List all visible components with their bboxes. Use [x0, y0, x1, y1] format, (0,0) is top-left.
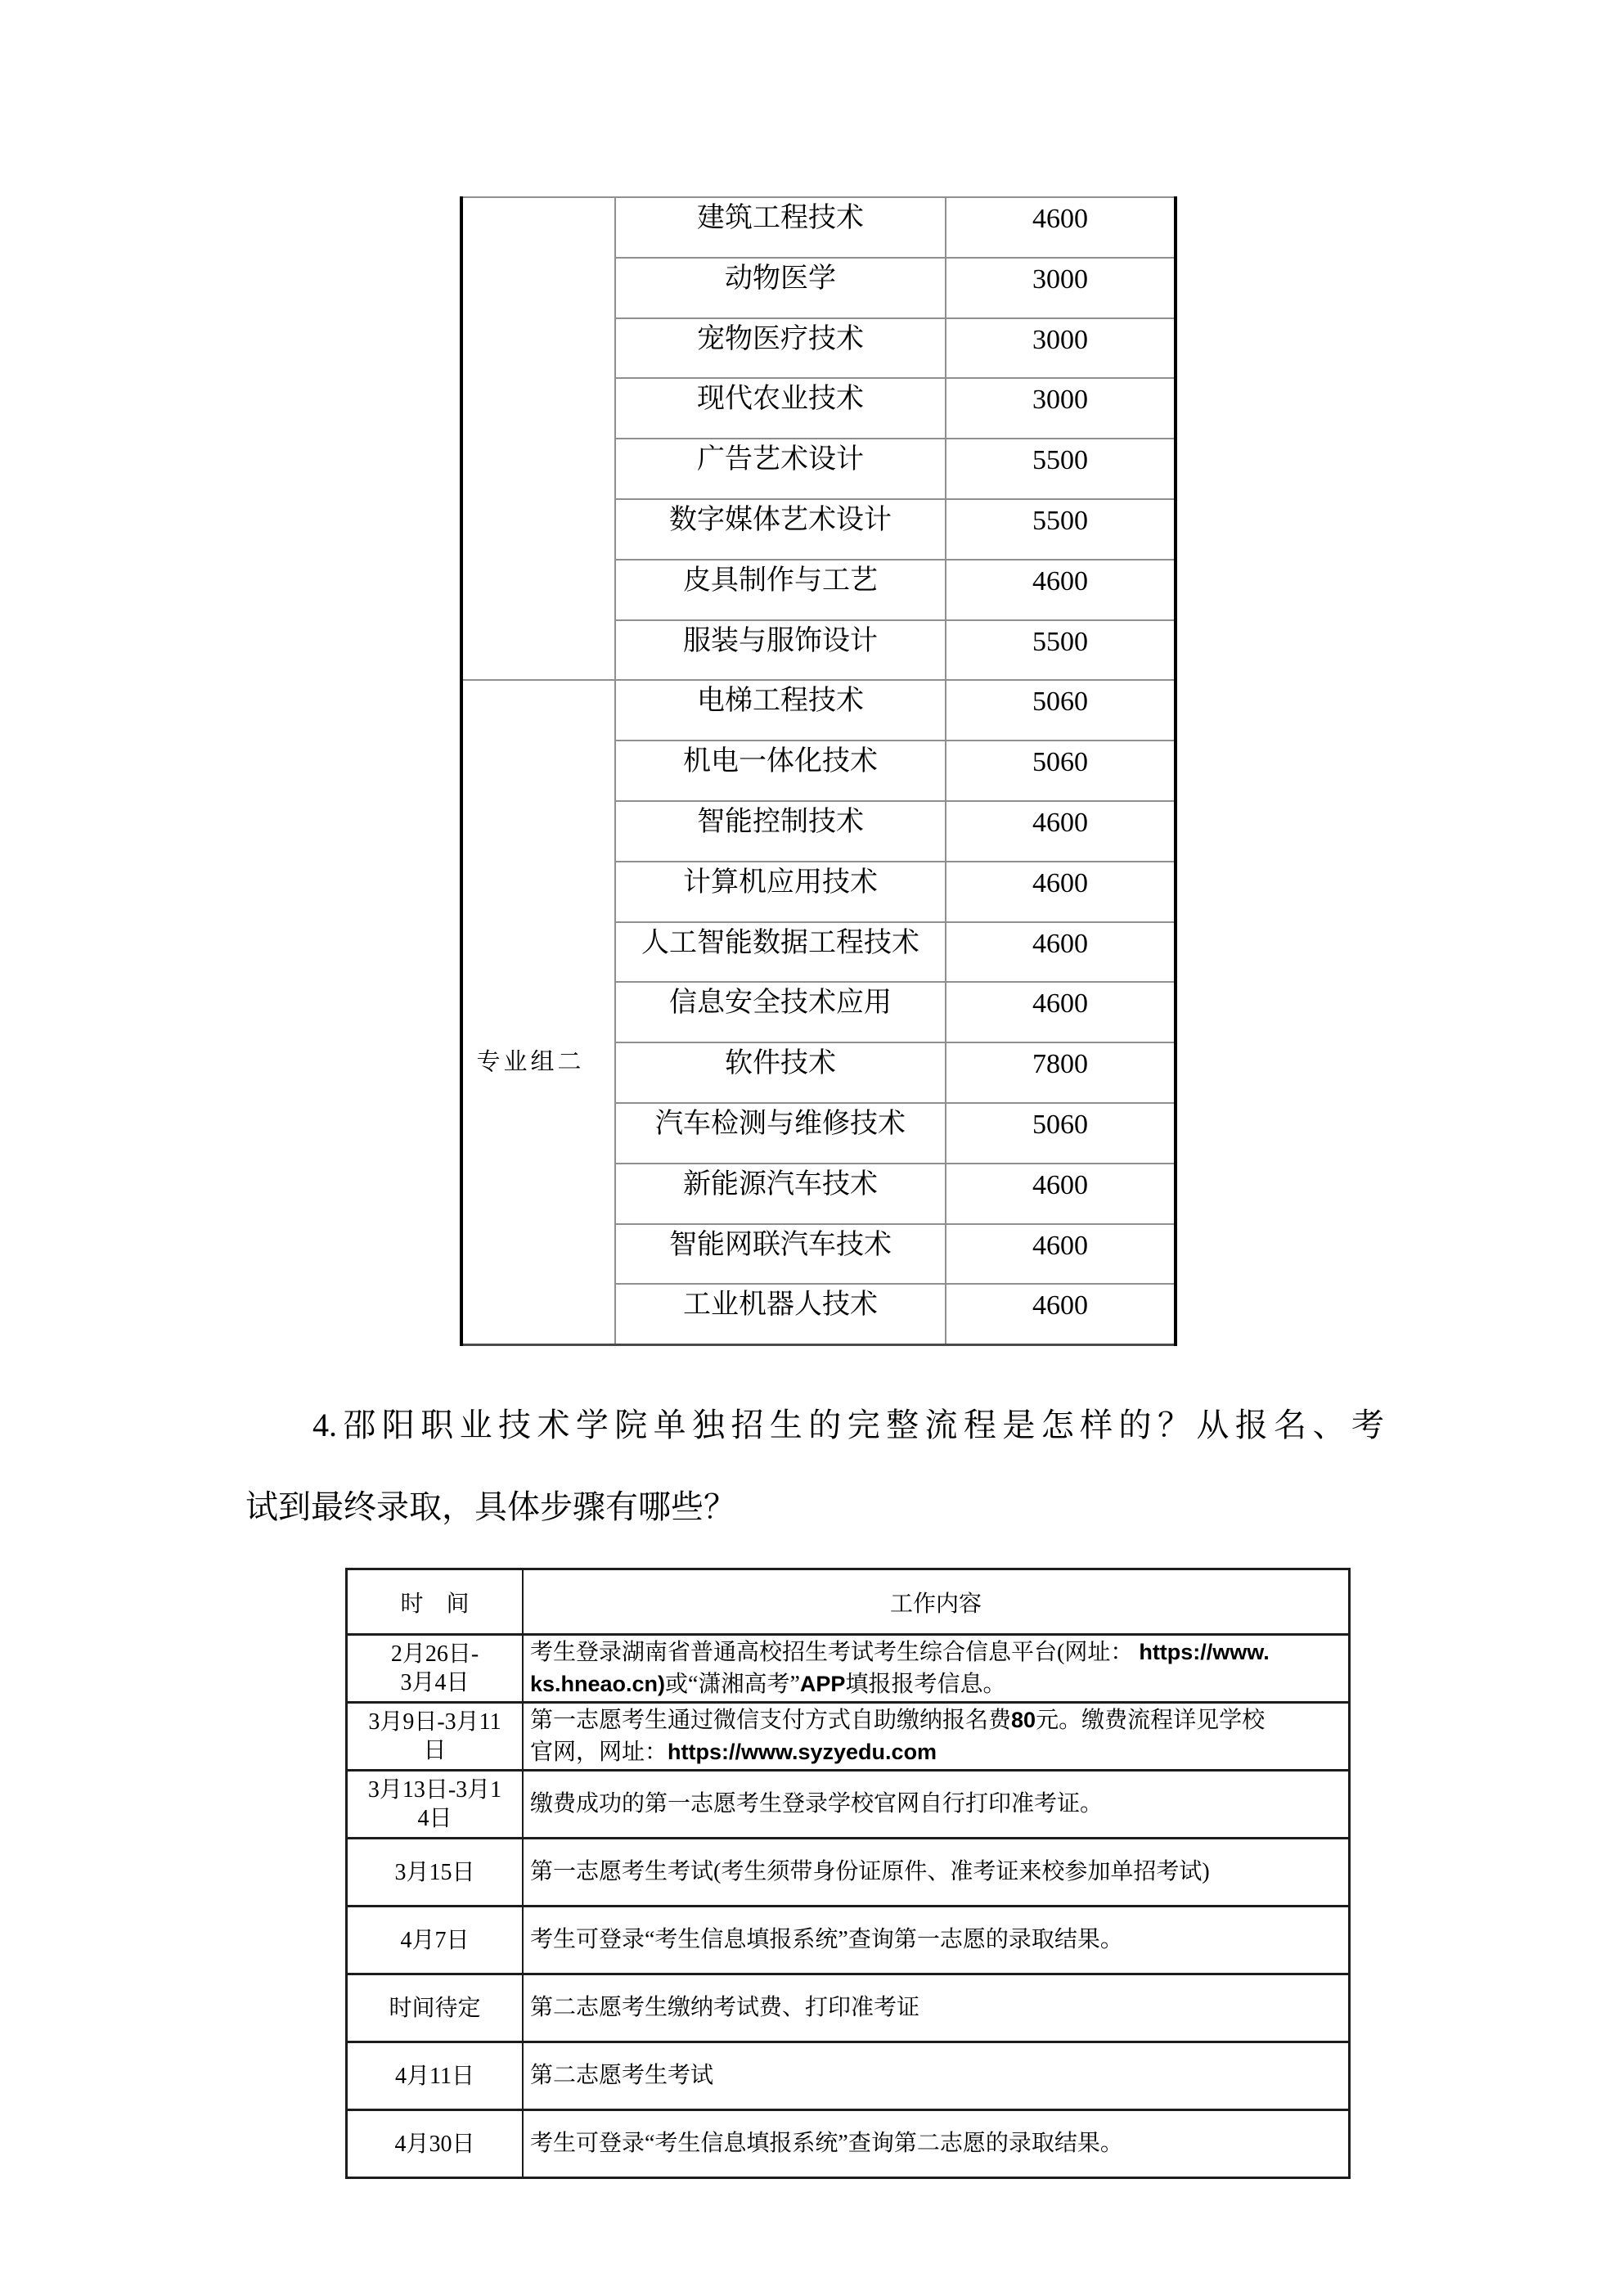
fee-value-cell: 4600: [946, 982, 1176, 1042]
fee-value-cell: 5060: [946, 1103, 1176, 1164]
time-cell: 时间待定: [347, 1974, 524, 2042]
content-cell: 第一志愿考生考试(考生须带身份证原件、准考证来校参加单招考试): [523, 1839, 1350, 1907]
time-text: 4日: [348, 1804, 521, 1833]
content-text: 元。缴费流程详见学校: [1036, 1708, 1265, 1733]
major-name-cell: 服装与服饰设计: [615, 620, 946, 681]
content-text: 官网，网址：: [530, 1740, 668, 1765]
fee-value-cell: 5060: [946, 741, 1176, 801]
content-line: 官网，网址：https://www.syzyedu.com: [530, 1736, 1335, 1768]
document-page: 建筑工程技术4600动物医学3000宠物医疗技术3000现代农业技术3000广告…: [0, 0, 1623, 2296]
group-label-cell: 专业组二: [461, 680, 615, 1344]
time-text: 4月30日: [348, 2130, 521, 2159]
content-text: 第一志愿考生通过微信支付方式自助缴纳报名费: [530, 1708, 1011, 1733]
schedule-header-content: 工作内容: [523, 1569, 1350, 1635]
content-text: 第二志愿考生考试: [530, 2063, 713, 2088]
time-text: 3月4日: [348, 1668, 521, 1697]
content-cell: 考生可登录“考生信息填报系统”查询第一志愿的录取结果。: [523, 1907, 1350, 1974]
question-line-1: 4.邵阳职业技术学院单独招生的完整流程是怎样的？从报名、考: [245, 1384, 1384, 1466]
schedule-row: 2月26日-3月4日考生登录湖南省普通高校招生考试考生综合信息平台(网址： ht…: [347, 1635, 1350, 1703]
schedule-row: 4月7日考生可登录“考生信息填报系统”查询第一志愿的录取结果。: [347, 1907, 1350, 1974]
time-cell: 3月15日: [347, 1839, 524, 1907]
content-line: 第二志愿考生缴纳考试费、打印准考证: [530, 1992, 1335, 2024]
content-text: 第二志愿考生缴纳考试费、打印准考证: [530, 1995, 919, 2020]
content-line: 考生登录湖南省普通高校招生考试考生综合信息平台(网址： https://www.: [530, 1636, 1335, 1668]
content-cell: 考生可登录“考生信息填报系统”查询第二志愿的录取结果。: [523, 2110, 1350, 2178]
major-name-cell: 智能网联汽车技术: [615, 1224, 946, 1285]
time-text: 3月13日-3月1: [348, 1776, 521, 1804]
major-name-cell: 电梯工程技术: [615, 680, 946, 741]
fee-value-cell: 3000: [946, 258, 1176, 318]
major-name-cell: 工业机器人技术: [615, 1284, 946, 1344]
question-heading: 4.邵阳职业技术学院单独招生的完整流程是怎样的？从报名、考 试到最终录取，具体步…: [245, 1384, 1384, 1548]
time-text: 4月11日: [348, 2062, 521, 2091]
fee-value-cell: 4600: [946, 801, 1176, 862]
url-text: ks.hneao.cn): [530, 1672, 665, 1696]
time-text: 3月15日: [348, 1858, 521, 1887]
major-name-cell: 软件技术: [615, 1042, 946, 1103]
major-name-cell: 智能控制技术: [615, 801, 946, 862]
major-name-cell: 建筑工程技术: [615, 197, 946, 258]
question-line-2: 试到最终录取，具体步骤有哪些？: [245, 1466, 1384, 1548]
fees-table-row: 专业组二电梯工程技术5060: [461, 680, 1176, 741]
content-line: 第一志愿考生考试(考生须带身份证原件、准考证来校参加单招考试): [530, 1857, 1335, 1888]
content-line: 第二志愿考生考试: [530, 2060, 1335, 2091]
content-cell: 缴费成功的第一志愿考生登录学校官网自行打印准考证。: [523, 1771, 1350, 1839]
major-name-cell: 皮具制作与工艺: [615, 560, 946, 620]
time-cell: 2月26日-3月4日: [347, 1635, 524, 1703]
major-name-cell: 动物医学: [615, 258, 946, 318]
schedule-row: 时间待定第二志愿考生缴纳考试费、打印准考证: [347, 1974, 1350, 2042]
content-cell: 第二志愿考生考试: [523, 2042, 1350, 2110]
url-text: https://www.syzyedu.com: [668, 1740, 937, 1764]
major-name-cell: 广告艺术设计: [615, 439, 946, 499]
content-line: 考生可登录“考生信息填报系统”查询第一志愿的录取结果。: [530, 1925, 1335, 1956]
major-name-cell: 新能源汽车技术: [615, 1164, 946, 1224]
fee-value-cell: 4600: [946, 1164, 1176, 1224]
time-text: 3月9日-3月11: [348, 1708, 521, 1736]
content-line: 第一志愿考生通过微信支付方式自助缴纳报名费80元。缴费流程详见学校: [530, 1704, 1335, 1736]
fee-value-cell: 5500: [946, 620, 1176, 681]
major-name-cell: 人工智能数据工程技术: [615, 922, 946, 983]
major-name-cell: 宠物医疗技术: [615, 318, 946, 379]
schedule-row: 3月15日第一志愿考生考试(考生须带身份证原件、准考证来校参加单招考试): [347, 1839, 1350, 1907]
fee-value-cell: 4600: [946, 560, 1176, 620]
fee-value-cell: 4600: [946, 862, 1176, 922]
fee-value-cell: 4600: [946, 197, 1176, 258]
url-text: APP: [800, 1672, 846, 1696]
content-text: 考生登录湖南省普通高校招生考试考生综合信息平台(网址：: [530, 1640, 1139, 1665]
fee-value-cell: 4600: [946, 1224, 1176, 1285]
time-cell: 3月13日-3月14日: [347, 1771, 524, 1839]
major-name-cell: 机电一体化技术: [615, 741, 946, 801]
content-line: 缴费成功的第一志愿考生登录学校官网自行打印准考证。: [530, 1789, 1335, 1820]
schedule-row: 3月13日-3月14日缴费成功的第一志愿考生登录学校官网自行打印准考证。: [347, 1771, 1350, 1839]
fees-table-row: 建筑工程技术4600: [461, 197, 1176, 258]
content-text: 缴费成功的第一志愿考生登录学校官网自行打印准考证。: [530, 1791, 1103, 1817]
schedule-header-time: 时 间: [347, 1569, 524, 1635]
content-text: 考生可登录“考生信息填报系统”查询第一志愿的录取结果。: [530, 1927, 1123, 1952]
fee-value-cell: 3000: [946, 378, 1176, 439]
content-text: 第一志愿考生考试(考生须带身份证原件、准考证来校参加单招考试): [530, 1859, 1210, 1884]
fee-value-cell: 4600: [946, 922, 1176, 983]
time-text: 日: [348, 1736, 521, 1765]
schedule-row: 4月11日第二志愿考生考试: [347, 2042, 1350, 2110]
major-name-cell: 汽车检测与维修技术: [615, 1103, 946, 1164]
content-text: 填报报考信息。: [845, 1672, 1005, 1697]
schedule-header-row: 时 间 工作内容: [347, 1569, 1350, 1635]
major-fees-table: 建筑工程技术4600动物医学3000宠物医疗技术3000现代农业技术3000广告…: [460, 196, 1177, 1346]
fee-value-cell: 5060: [946, 680, 1176, 741]
content-cell: 第二志愿考生缴纳考试费、打印准考证: [523, 1974, 1350, 2042]
time-cell: 4月11日: [347, 2042, 524, 2110]
content-cell: 考生登录湖南省普通高校招生考试考生综合信息平台(网址： https://www.…: [523, 1635, 1350, 1703]
time-cell: 4月7日: [347, 1907, 524, 1974]
major-name-cell: 数字媒体艺术设计: [615, 499, 946, 560]
schedule-row: 4月30日考生可登录“考生信息填报系统”查询第二志愿的录取结果。: [347, 2110, 1350, 2178]
content-cell: 第一志愿考生通过微信支付方式自助缴纳报名费80元。缴费流程详见学校官网，网址：h…: [523, 1703, 1350, 1771]
group-label: 专业组二: [476, 1043, 584, 1077]
time-cell: 3月9日-3月11日: [347, 1703, 524, 1771]
content-line: 考生可登录“考生信息填报系统”查询第二志愿的录取结果。: [530, 2128, 1335, 2159]
major-name-cell: 现代农业技术: [615, 378, 946, 439]
url-text: 80: [1011, 1708, 1036, 1732]
content-text: 考生可登录“考生信息填报系统”查询第二志愿的录取结果。: [530, 2131, 1123, 2156]
major-name-cell: 信息安全技术应用: [615, 982, 946, 1042]
time-cell: 4月30日: [347, 2110, 524, 2178]
fee-value-cell: 4600: [946, 1284, 1176, 1344]
fee-value-cell: 7800: [946, 1042, 1176, 1103]
time-text: 2月26日-: [348, 1640, 521, 1668]
fee-value-cell: 3000: [946, 318, 1176, 379]
content-line: ks.hneao.cn)或“潇湘高考”APP填报报考信息。: [530, 1668, 1335, 1700]
content-text: 或“潇湘高考”: [665, 1672, 800, 1697]
url-text: https://www.: [1139, 1640, 1269, 1664]
time-text: 时间待定: [348, 1994, 521, 2023]
group-label-cell: [461, 197, 615, 680]
fee-value-cell: 5500: [946, 499, 1176, 560]
fee-value-cell: 5500: [946, 439, 1176, 499]
major-name-cell: 计算机应用技术: [615, 862, 946, 922]
schedule-row: 3月9日-3月11日第一志愿考生通过微信支付方式自助缴纳报名费80元。缴费流程详…: [347, 1703, 1350, 1771]
time-text: 4月7日: [348, 1926, 521, 1955]
schedule-table: 时 间 工作内容 2月26日-3月4日考生登录湖南省普通高校招生考试考生综合信息…: [345, 1568, 1351, 2179]
